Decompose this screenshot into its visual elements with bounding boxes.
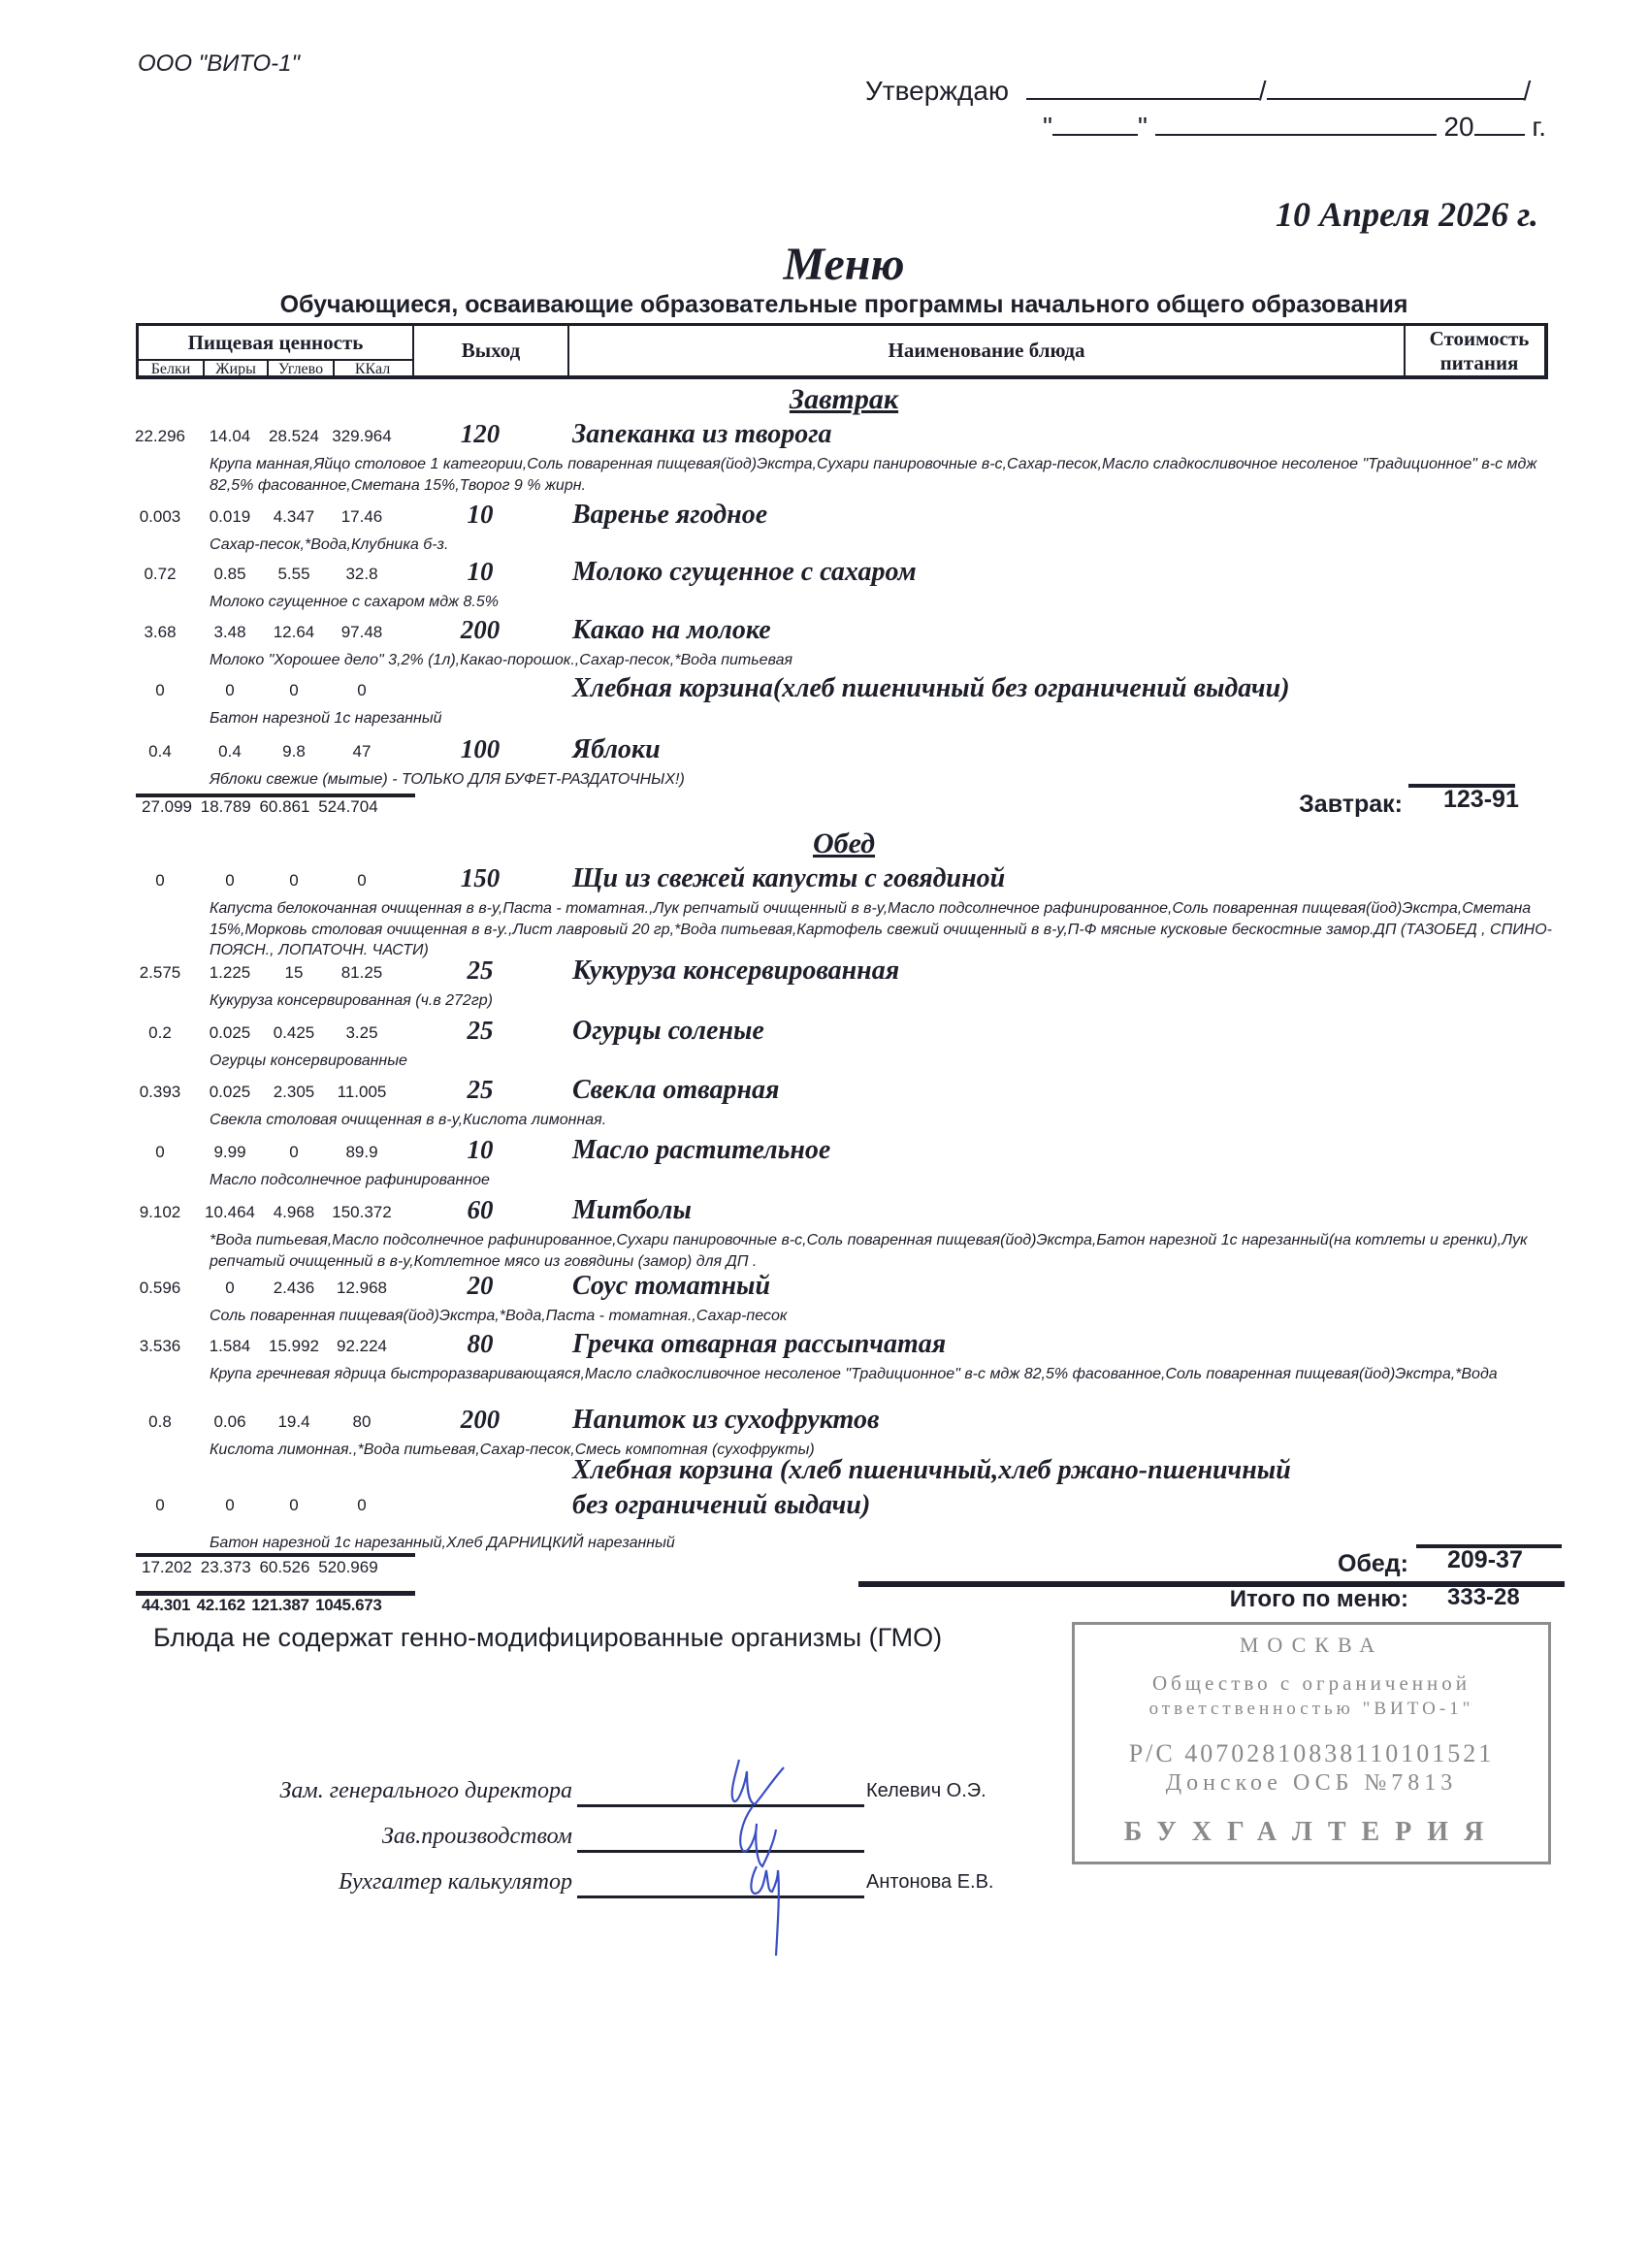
breakfast-sum-value: 123-91: [1443, 786, 1519, 814]
nutrition-fat: 9.99: [196, 1143, 264, 1162]
dish-name-text: Какао на молоке: [572, 615, 771, 645]
dish-ingredients: Яблоки свежие (мытые) - ТОЛЬКО ДЛЯ БУФЕТ…: [210, 769, 1568, 791]
year-prefix: 20: [1443, 112, 1473, 142]
breakfast-sum-label: Завтрак:: [1183, 791, 1403, 819]
dish-name-text: Хлебная корзина(хлеб пшеничный без огран…: [572, 673, 1290, 703]
grand-nutrition-totals: 44.301 42.162 121.387 1045.673: [142, 1596, 382, 1615]
signature-name-deputy-director: Келевич О.Э.: [866, 1780, 986, 1802]
stamp-line1: Общество с ограниченной: [1075, 1671, 1548, 1696]
section-title-lunch: Обед: [0, 827, 1649, 860]
portion-output: 200: [446, 1405, 514, 1435]
dish-name-text: Щи из свежей капусты с говядиной: [572, 863, 1005, 893]
nutrition-carbs: 15: [260, 963, 328, 983]
portion-output: 10: [446, 557, 514, 587]
nutrition-protein: 0.003: [126, 507, 194, 527]
table-header: Пищевая ценность Белки Жиры Углево ККал …: [136, 323, 1548, 379]
dish-name-text: Кукуруза консервированная: [572, 956, 899, 986]
dish-ingredients: Сахар-песок,*Вода,Клубника б-з.: [210, 535, 1568, 556]
nutrition-header-title: Пищевая ценность: [139, 326, 412, 361]
dish-name-text: Хлебная корзина (хлеб пшеничный,хлеб ржа…: [572, 1455, 1291, 1485]
grand-total-protein: 44.301: [142, 1596, 190, 1614]
approval-year-field[interactable]: [1474, 113, 1525, 136]
nutrition-protein: 0: [126, 681, 194, 700]
nutrition-carbs: 9.8: [260, 742, 328, 761]
dish-name: Гречка отварная рассыпчатая: [572, 1327, 946, 1362]
dish-ingredients: Кукуруза консервированная (ч.в 272гр): [210, 990, 1568, 1012]
grand-total-value: 333-28: [1447, 1584, 1520, 1611]
dish-name: Митболы: [572, 1193, 692, 1228]
nutrition-fat: 14.04: [196, 427, 264, 446]
total-kcal: 520.969: [318, 1558, 377, 1576]
nutrition-carbs: 0: [260, 871, 328, 891]
year-suffix: г.: [1532, 112, 1546, 142]
nutrition-fat: 0.85: [196, 565, 264, 584]
nutrition-fat: 0.025: [196, 1083, 264, 1102]
approval-block: Утверждаю //: [865, 76, 1531, 107]
dish-ingredients: Молоко сгущенное с сахаром мдж 8.5%: [210, 592, 1568, 613]
nutrition-protein: 9.102: [126, 1203, 194, 1222]
stamp-account: Р/С 40702810838110101521: [1075, 1739, 1548, 1768]
nutrition-kcal: 47: [328, 742, 396, 761]
stamp-city: МОСКВА: [1075, 1633, 1548, 1658]
nutrition-fat: 1.584: [196, 1337, 264, 1356]
nutrition-carbs: 5.55: [260, 565, 328, 584]
total-kcal: 524.704: [318, 797, 377, 816]
dish-ingredients: Капуста белокочанная очищенная в в-у,Пас…: [210, 898, 1568, 961]
nutrition-kcal: 0: [328, 681, 396, 700]
nutrition-fat: 1.225: [196, 963, 264, 983]
nutrition-carbs: 2.436: [260, 1279, 328, 1298]
nutrition-kcal: 150.372: [328, 1203, 396, 1222]
nutrition-carbs: 19.4: [260, 1412, 328, 1432]
page-title: Меню: [0, 238, 1649, 291]
column-fat: Жиры: [205, 361, 269, 379]
nutrition-fat: 0.025: [196, 1023, 264, 1043]
nutrition-kcal: 17.46: [328, 507, 396, 527]
nutrition-protein: 0.596: [126, 1279, 194, 1298]
portion-output: 10: [446, 1135, 514, 1165]
portion-output: 60: [446, 1195, 514, 1225]
dish-name-text: Яблоки: [572, 734, 661, 764]
nutrition-protein: 22.296: [126, 427, 194, 446]
approver-name-field[interactable]: [1267, 77, 1524, 100]
nutrition-header: Пищевая ценность Белки Жиры Углево ККал: [139, 326, 414, 375]
dish-name-text: Молоко сгущенное с сахаром: [572, 557, 917, 587]
dish-ingredients: Соль поваренная пищевая(йод)Экстра,*Вода…: [210, 1306, 1568, 1327]
column-kcal: ККал: [335, 361, 410, 379]
portion-output: 100: [446, 734, 514, 764]
dish-name-text: Гречка отварная рассыпчатая: [572, 1329, 946, 1359]
dish-name: Масло растительное: [572, 1133, 830, 1168]
nutrition-kcal: 3.25: [328, 1023, 396, 1043]
dish-name: Яблоки: [572, 732, 661, 767]
nutrition-kcal: 11.005: [328, 1083, 396, 1102]
quote-open: ": [1043, 112, 1052, 142]
dish-name: Какао на молоке: [572, 613, 771, 648]
dish-ingredients: Крупа манная,Яйцо столовое 1 категории,С…: [210, 454, 1568, 496]
nutrition-kcal: 97.48: [328, 623, 396, 642]
dish-name: Варенье ягодное: [572, 498, 767, 533]
grand-total-label: Итого по меню:: [1115, 1586, 1408, 1613]
dish-name: Молоко сгущенное с сахаром: [572, 555, 917, 590]
dish-name: Огурцы соленые: [572, 1014, 764, 1049]
dish-ingredients: Крупа гречневая ядрица быстроразваривающ…: [210, 1364, 1568, 1385]
lunch-sum-label: Обед:: [1193, 1550, 1408, 1578]
dish-ingredients: Огурцы консервированные: [210, 1051, 1568, 1072]
approver-signature-field[interactable]: [1026, 77, 1259, 100]
gmo-note: Блюда не содержат генно-модифицированные…: [153, 1623, 942, 1653]
dish-name: Запеканка из творога: [572, 417, 832, 452]
nutrition-protein: 0.2: [126, 1023, 194, 1043]
organization-name: ООО "ВИТО-1": [138, 50, 300, 78]
total-protein: 27.099: [142, 797, 192, 816]
nutrition-protein: 3.68: [126, 623, 194, 642]
nutrition-fat: 3.48: [196, 623, 264, 642]
page-subtitle: Обучающиеся, осваивающие образовательные…: [0, 291, 1649, 319]
handwritten-signature-icon: [718, 1746, 805, 1960]
total-protein: 17.202: [142, 1558, 192, 1576]
dish-ingredients: Масло подсолнечное рафинированное: [210, 1170, 1568, 1191]
lunch-total-divider: [136, 1553, 415, 1557]
nutrition-fat: 0: [196, 1279, 264, 1298]
nutrition-kcal: 81.25: [328, 963, 396, 983]
dish-name: Щи из свежей капусты с говядиной: [572, 861, 1005, 896]
nutrition-carbs: 12.64: [260, 623, 328, 642]
signature-name-accountant: Антонова Е.В.: [866, 1871, 993, 1894]
dish-ingredients: Свекла столовая очищенная в в-у,Кислота …: [210, 1110, 1568, 1131]
nutrition-fat: 10.464: [196, 1203, 264, 1222]
nutrition-protein: 0: [126, 871, 194, 891]
dish-name-text: Свекла отварная: [572, 1075, 779, 1105]
dish-ingredients: Молоко "Хорошее дело" 3,2% (1л),Какао-по…: [210, 650, 1568, 671]
signature-role-deputy-director: Зам. генерального директора: [252, 1778, 572, 1804]
nutrition-carbs: 15.992: [260, 1337, 328, 1356]
approve-label: Утверждаю: [865, 76, 1009, 106]
dish-name-text: Соус томатный: [572, 1271, 770, 1301]
dish-name-text: Напиток из сухофруктов: [572, 1405, 879, 1435]
nutrition-kcal: 92.224: [328, 1337, 396, 1356]
approval-day-field[interactable]: [1052, 113, 1138, 136]
nutrition-kcal: 32.8: [328, 565, 396, 584]
nutrition-carbs: 0.425: [260, 1023, 328, 1043]
grand-total-kcal: 1045.673: [315, 1596, 382, 1614]
output-header: Выход: [414, 326, 569, 375]
portion-output: 25: [446, 956, 514, 986]
dish-ingredients: Батон нарезной 1с нарезанный: [210, 708, 1568, 729]
nutrition-fat: 0.019: [196, 507, 264, 527]
dish-name: Напиток из сухофруктов: [572, 1403, 879, 1438]
nutrition-carbs: 0: [260, 681, 328, 700]
nutrition-kcal: 0: [328, 1496, 396, 1515]
stamp-bank: Донское ОСБ №7813: [1075, 1770, 1548, 1797]
nutrition-kcal: 329.964: [328, 427, 396, 446]
nutrition-protein: 0.4: [126, 742, 194, 761]
total-fat: 18.789: [201, 797, 251, 816]
dish-name-text: Масло растительное: [572, 1135, 830, 1165]
separator: /: [1524, 76, 1532, 106]
dish-name-text: Варенье ягодное: [572, 500, 767, 530]
nutrition-kcal: 89.9: [328, 1143, 396, 1162]
nutrition-carbs: 2.305: [260, 1083, 328, 1102]
total-carbs: 60.861: [259, 797, 309, 816]
nutrition-protein: 0.72: [126, 565, 194, 584]
portion-output: 25: [446, 1075, 514, 1105]
quote-close: ": [1138, 112, 1148, 142]
dish-name: Кукуруза консервированная: [572, 954, 899, 988]
cost-header: Стоимость питания: [1406, 326, 1553, 375]
nutrition-protein: 0.8: [126, 1412, 194, 1432]
total-fat: 23.373: [201, 1558, 251, 1576]
nutrition-kcal: 12.968: [328, 1279, 396, 1298]
grand-total-fat: 42.162: [197, 1596, 245, 1614]
nutrition-carbs: 4.968: [260, 1203, 328, 1222]
nutrition-protein: 0.393: [126, 1083, 194, 1102]
nutrition-kcal: 80: [328, 1412, 396, 1432]
portion-output: 25: [446, 1016, 514, 1046]
lunch-sum-value: 209-37: [1447, 1546, 1523, 1574]
stamp-line2: ответственностью "ВИТО-1": [1075, 1699, 1548, 1720]
dish-name: Соус томатный: [572, 1269, 770, 1304]
nutrition-fat: 0.4: [196, 742, 264, 761]
portion-output: 200: [446, 615, 514, 645]
dish-name: Свекла отварная: [572, 1073, 779, 1108]
approval-date-line: "" 20 г.: [1043, 112, 1546, 143]
stamp-department: БУХГАЛТЕРИЯ: [1075, 1817, 1548, 1848]
dish-name-text-line2: без ограничений выдачи): [572, 1490, 870, 1520]
nutrition-protein: 0: [126, 1496, 194, 1515]
nutrition-protein: 2.575: [126, 963, 194, 983]
column-protein: Белки: [139, 361, 205, 379]
approval-month-field[interactable]: [1155, 113, 1437, 136]
portion-output: 10: [446, 500, 514, 530]
nutrition-carbs: 0: [260, 1496, 328, 1515]
separator: /: [1259, 76, 1267, 106]
portion-output: 20: [446, 1271, 514, 1301]
nutrition-fat: 0: [196, 871, 264, 891]
nutrition-fat: 0.06: [196, 1412, 264, 1432]
nutrition-carbs: 4.347: [260, 507, 328, 527]
portion-output: 80: [446, 1329, 514, 1359]
document-date: 10 Апреля 2026 г.: [1261, 194, 1538, 235]
nutrition-fat: 0: [196, 1496, 264, 1515]
dish-name-text: Митболы: [572, 1195, 692, 1225]
nutrition-protein: 3.536: [126, 1337, 194, 1356]
breakfast-nutrition-totals: 27.099 18.789 60.861 524.704: [142, 797, 378, 817]
nutrition-kcal: 0: [328, 871, 396, 891]
dish-name: Хлебная корзина (хлеб пшеничный,хлеб ржа…: [572, 1453, 1291, 1524]
nutrition-carbs: 0: [260, 1143, 328, 1162]
signature-role-accountant: Бухгалтер калькулятор: [252, 1869, 572, 1895]
company-stamp: МОСКВА Общество с ограниченной ответстве…: [1072, 1622, 1551, 1864]
dish-name-text: Огурцы соленые: [572, 1016, 764, 1046]
nutrition-carbs: 28.524: [260, 427, 328, 446]
signature-role-production-head: Зав.производством: [252, 1824, 572, 1850]
nutrition-protein: 0: [126, 1143, 194, 1162]
dish-ingredients: *Вода питьевая,Масло подсолнечное рафини…: [210, 1230, 1568, 1272]
nutrition-fat: 0: [196, 681, 264, 700]
column-carbs: Углево: [269, 361, 335, 379]
total-carbs: 60.526: [259, 1558, 309, 1576]
section-title-breakfast: Завтрак: [0, 383, 1649, 416]
dish-name-header: Наименование блюда: [569, 326, 1406, 375]
dish-name-text: Запеканка из творога: [572, 419, 832, 449]
portion-output: 120: [446, 419, 514, 449]
dish-name: Хлебная корзина(хлеб пшеничный без огран…: [572, 671, 1290, 706]
lunch-nutrition-totals: 17.202 23.373 60.526 520.969: [142, 1558, 378, 1577]
grand-total-carbs: 121.387: [251, 1596, 308, 1614]
portion-output: 150: [446, 863, 514, 893]
